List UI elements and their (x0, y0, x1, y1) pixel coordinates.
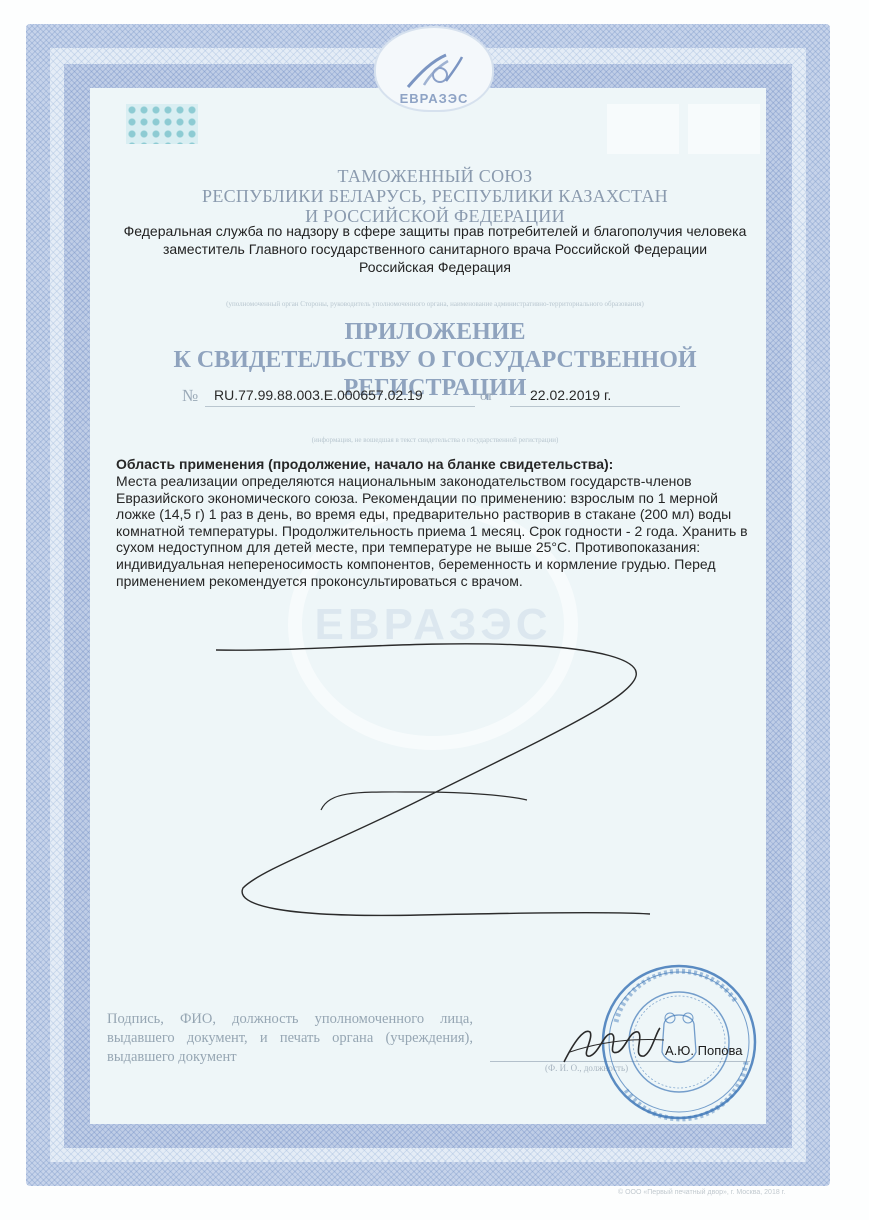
scope-line: сухом недоступном для детей месте, при т… (116, 539, 766, 556)
registration-number: RU.77.99.88.003.E.000657.02.19 (214, 387, 423, 403)
eurasec-logo-text: ЕВРАЗЭС (400, 91, 469, 106)
registration-date: 22.02.2019 г. (530, 387, 611, 403)
printer-footer: © ООО «Первый печатный двор», г. Москва,… (618, 1189, 785, 1196)
scope-line: Евразийского экономического союза. Реком… (116, 490, 766, 507)
eurasec-logo: ЕВРАЗЭС (374, 26, 494, 112)
scope-section: Область применения (продолжение, начало … (116, 455, 766, 589)
date-label: от (480, 389, 493, 405)
registration-line: № RU.77.99.88.003.E.000657.02.19 от 22.0… (90, 386, 780, 410)
authority-line: Федеральная служба по надзору в сфере за… (90, 222, 780, 240)
union-title-line: ТАМОЖЕННЫЙ СОЮЗ (90, 166, 780, 186)
authority-line: Российская Федерация (90, 258, 780, 276)
signature-label: Подпись, ФИО, должность уполномоченного … (107, 1010, 473, 1067)
eurasec-logo-icon (402, 51, 466, 91)
scope-heading: Область применения (продолжение, начало … (116, 455, 766, 473)
blank-field (607, 104, 679, 154)
scope-line: индивидуальная непереносимость компонент… (116, 556, 766, 573)
handwritten-signature-icon (560, 1022, 670, 1066)
scope-line: Места реализации определяются национальн… (116, 473, 766, 490)
scope-line: применением рекомендуется проконсультиро… (116, 573, 766, 590)
authority-line: заместитель Главного государственного са… (90, 240, 780, 258)
scope-line: комнатной температуры. Продолжительность… (116, 523, 766, 540)
signer-name: А.Ю. Попова (665, 1043, 742, 1058)
registration-caption: (информация, не вошедшая в текст свидете… (90, 436, 780, 444)
date-underline (510, 406, 680, 407)
number-underline (205, 406, 475, 407)
blank-field (688, 104, 760, 154)
authority-caption: (уполномоченный орган Стороны, руководит… (90, 300, 780, 308)
number-label: № (182, 386, 198, 406)
document-title: ПРИЛОЖЕНИЕ (90, 318, 780, 346)
scope-line: ложке (14,5 г) 1 раз в день, во время ед… (116, 506, 766, 523)
hologram-icon (126, 104, 198, 144)
union-title-line: РЕСПУБЛИКИ БЕЛАРУСЬ, РЕСПУБЛИКИ КАЗАХСТА… (90, 186, 780, 206)
